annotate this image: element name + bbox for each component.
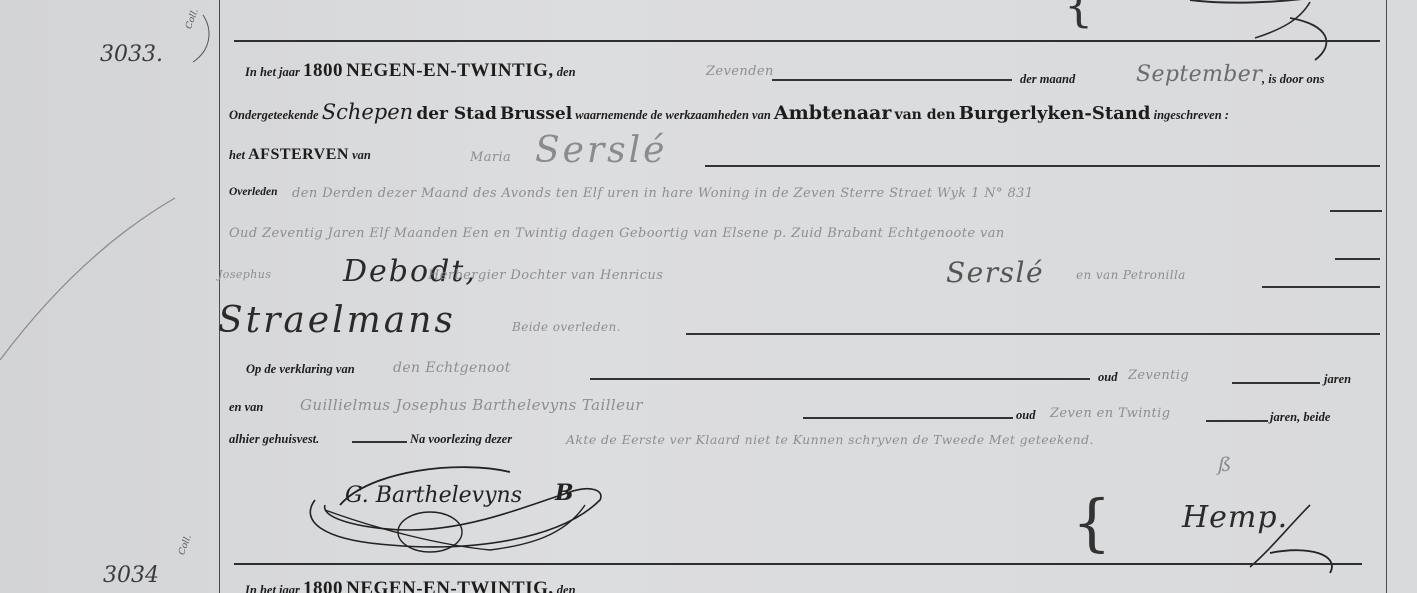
printed-year-words: NEGEN-EN-TWINTIG,	[346, 60, 554, 81]
verklaring-label: Op de verklaring van	[246, 362, 355, 377]
margin-note-next: Coll.	[177, 533, 194, 556]
schepen-gothic: Schepen	[322, 100, 414, 124]
entry-number: 3033.	[100, 42, 163, 67]
overleden-line3-a: Josephus	[218, 268, 271, 281]
overleden-fill-1	[1330, 210, 1382, 212]
afsterven-heading: AFSTERVEN	[248, 146, 349, 163]
overleden-label: Overleden	[229, 186, 278, 198]
closing-statement: Akte de Eerste ver Klaard niet te Kunnen…	[566, 432, 1094, 447]
ambtenaar-gothic: Ambtenaar	[774, 102, 891, 124]
right-margin-rule	[1386, 0, 1387, 593]
overleden-line2: Oud Zeventig Jaren Elf Maanden Een en Tw…	[229, 226, 1005, 241]
svg-text:B: B	[554, 480, 574, 506]
declarant2-field: Guillielmus Josephus Barthelevyns Taille…	[300, 396, 643, 414]
overleden-line4-b: Beide overleden.	[512, 320, 621, 334]
age2-fill	[1206, 420, 1268, 422]
en-van-label: en van	[229, 400, 263, 415]
line1-prefix: In het jaar 1800 NEGEN-EN-TWINTIG, den	[245, 60, 576, 82]
brussel-gothic: Brussel	[500, 104, 572, 124]
jaren2-label: jaren, beide	[1270, 410, 1330, 425]
age1-field: Zeventig	[1128, 368, 1189, 383]
declarant1-fill	[590, 378, 1090, 380]
entry-separator-bottom	[234, 563, 1362, 565]
declarant2-fill	[803, 417, 1013, 419]
month-field: September	[1136, 62, 1262, 87]
margin-diagonal-stroke	[0, 190, 180, 370]
left-margin-rule	[219, 0, 220, 593]
day-field: Zevenden	[706, 64, 774, 79]
line1-suffix: , is door ons	[1262, 72, 1325, 87]
declarant-signature: G. Barthelevyns B	[300, 460, 660, 570]
overleden-fill-4	[686, 333, 1380, 335]
previous-signature-flourish	[1100, 0, 1360, 70]
burgerlyken-stand-gothic: Burgerlyken-Stand	[959, 103, 1151, 124]
alhier-label: alhier gehuisvest.	[229, 432, 319, 447]
der-maand-label: der maand	[1020, 72, 1075, 87]
register-page: { 3033. Coll. In het jaar 1800 NEGEN-EN-…	[0, 0, 1417, 593]
mother-surname: Straelmans	[218, 300, 456, 341]
previous-brace: {	[1064, 0, 1093, 32]
printed-year: 1800	[303, 60, 343, 81]
overleden-line3-b: Herbergier Dochter van Henricus	[428, 268, 663, 283]
svg-text:G. Barthelevyns: G. Barthelevyns	[345, 483, 522, 508]
deceased-surname: Serslé	[535, 130, 667, 171]
deceased-given-name: Maria	[470, 150, 511, 165]
overleden-fill-3	[1262, 286, 1380, 288]
registrar-mark: ß	[1218, 452, 1232, 476]
oud1-label: oud	[1098, 370, 1117, 385]
entry-separator-top	[234, 40, 1380, 42]
name-fill-line	[705, 165, 1380, 167]
line2: Ondergeteekende Schepen der Stad Brussel…	[229, 100, 1229, 124]
father-surname: Serslé	[946, 256, 1044, 289]
signature-brace: {	[1072, 486, 1111, 559]
oud2-label: oud	[1016, 408, 1035, 423]
alhier-fill	[352, 441, 407, 443]
age1-fill	[1232, 382, 1320, 384]
age2-field: Zeven en Twintig	[1050, 406, 1170, 421]
jaren1-label: jaren	[1324, 372, 1351, 387]
overleden-line3-c: en van Petronilla	[1076, 268, 1186, 282]
margin-note-arc	[185, 10, 215, 65]
overleden-fill-2	[1335, 258, 1380, 260]
na-voorlezing-label: Na voorlezing dezer	[410, 432, 512, 447]
entry-number-next: 3034	[103, 563, 159, 588]
line3: het AFSTERVEN van	[229, 146, 371, 164]
next-entry-line1: In het jaar 1800 NEGEN-EN-TWINTIG, den	[245, 578, 576, 593]
declarant1-field: den Echtgenoot	[393, 360, 511, 376]
overleden-line1: den Derden dezer Maand des Avonds ten El…	[292, 186, 1034, 201]
day-fill-line	[772, 79, 1012, 81]
